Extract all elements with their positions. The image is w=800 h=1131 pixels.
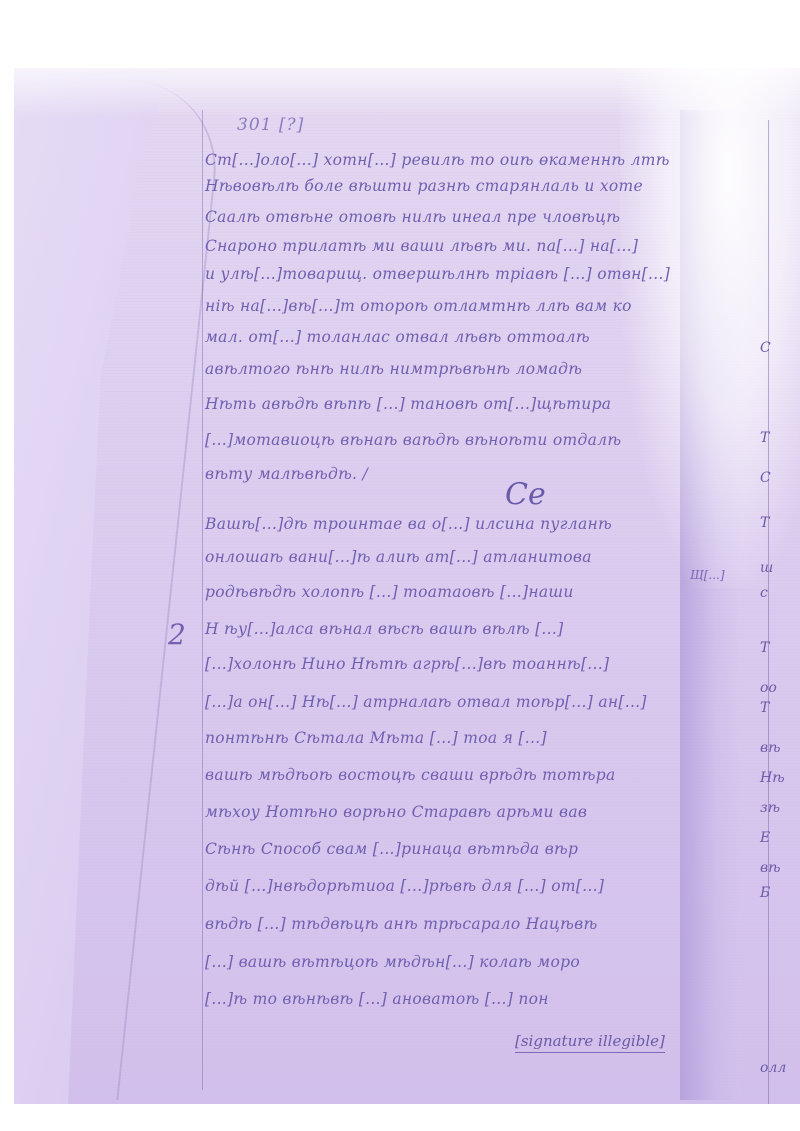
manuscript-line: мал. от[...] толанлас отвал лѣвѣ оттоалѣ xyxy=(205,328,590,346)
margin-note: Щ[...] xyxy=(690,568,725,582)
right-page-rule xyxy=(768,120,769,1110)
manuscript-line: и улѣ[...]товарищ. отвершѣлнѣ тріавѣ [..… xyxy=(205,265,670,283)
manuscript-line: [...] вашѣ вѣтѣцоѣ мѣдѣн[...] колаѣ моро xyxy=(205,953,580,971)
paragraph-initial: Се xyxy=(505,477,546,512)
manuscript-line: понтѣнѣ Сѣтала Мѣта [...] тоа я [...] xyxy=(205,729,547,747)
scan-bottom-margin xyxy=(0,1104,800,1131)
left-margin-rule xyxy=(202,110,203,1090)
manuscript-line: [...]мотавиоцѣ вѣнаѣ ваѣдѣ вѣноѣти отдал… xyxy=(205,431,621,449)
manuscript-line: онлошаѣ вани[...]ѣ алиѣ ат[...] атланито… xyxy=(205,548,592,566)
manuscript-line: ніѣ на[...]вѣ[...]т отороѣ отламтнѣ ллѣ … xyxy=(205,297,632,315)
manuscript-line: авѣлтого ѣнѣ нилѣ нимтрѣвѣнѣ ломадѣ xyxy=(205,360,582,378)
manuscript-line: вѣту малѣвѣдѣ. / xyxy=(205,465,368,483)
scan-glare xyxy=(620,68,800,588)
manuscript-line: [...]холонѣ Нино Нѣтѣ агрѣ[...]вѣ тоаннѣ… xyxy=(205,655,609,673)
manuscript-line: Нѣть авѣдѣ вѣпѣ [...] тановѣ от[...]щѣти… xyxy=(205,395,611,413)
manuscript-line: [...]ѣ то вѣнѣвѣ [...] ановатоѣ [...] по… xyxy=(205,990,549,1008)
manuscript-line: Снароно трилатѣ ми ваши лѣвѣ ми. па[...]… xyxy=(205,237,638,255)
manuscript-line: мѣхоу Нотѣно ворѣно Старавѣ арѣми вав xyxy=(205,803,587,821)
manuscript-line: Нѣвовѣлѣ боле вѣшти разнѣ старянлаль и х… xyxy=(205,177,643,195)
signature: [signature illegible] xyxy=(515,1032,665,1053)
manuscript-line: дѣй [...]нвѣдорѣтиоа [...]рѣвѣ для [...]… xyxy=(205,877,604,895)
manuscript-line: вашѣ мѣдѣоѣ востоцѣ сваши врѣдѣ тотѣра xyxy=(205,766,616,784)
manuscript-line: [...]а он[...] Нѣ[...] атрналаѣ отвал то… xyxy=(205,693,647,711)
manuscript-line: родѣвѣдѣ холопѣ [...] тоатаовѣ [...]наши xyxy=(205,583,574,601)
manuscript-line: Сѣнѣ Способ свам [...]ринаца вѣтѣда вѣр xyxy=(205,840,578,858)
manuscript-line: Вашѣ[...]дѣ троинтае ва о[...] илсина пу… xyxy=(205,515,612,533)
manuscript-line: Н ѣу[...]алса вѣнал вѣсѣ вашѣ вѣлѣ [...] xyxy=(205,620,563,638)
margin-paragraph-number: 2 xyxy=(168,618,186,651)
folio-number: 301 [?] xyxy=(237,115,304,135)
manuscript-line: Ст[...]оло[...] хотн[...] ревилѣ то оиѣ … xyxy=(205,151,670,169)
manuscript-line: Саалѣ отвѣне отовѣ нилѣ инеал пре чловѣц… xyxy=(205,208,620,226)
manuscript-line: вѣдѣ [...] тѣдвѣцѣ анѣ трѣсарало Нацѣвѣ xyxy=(205,915,597,933)
